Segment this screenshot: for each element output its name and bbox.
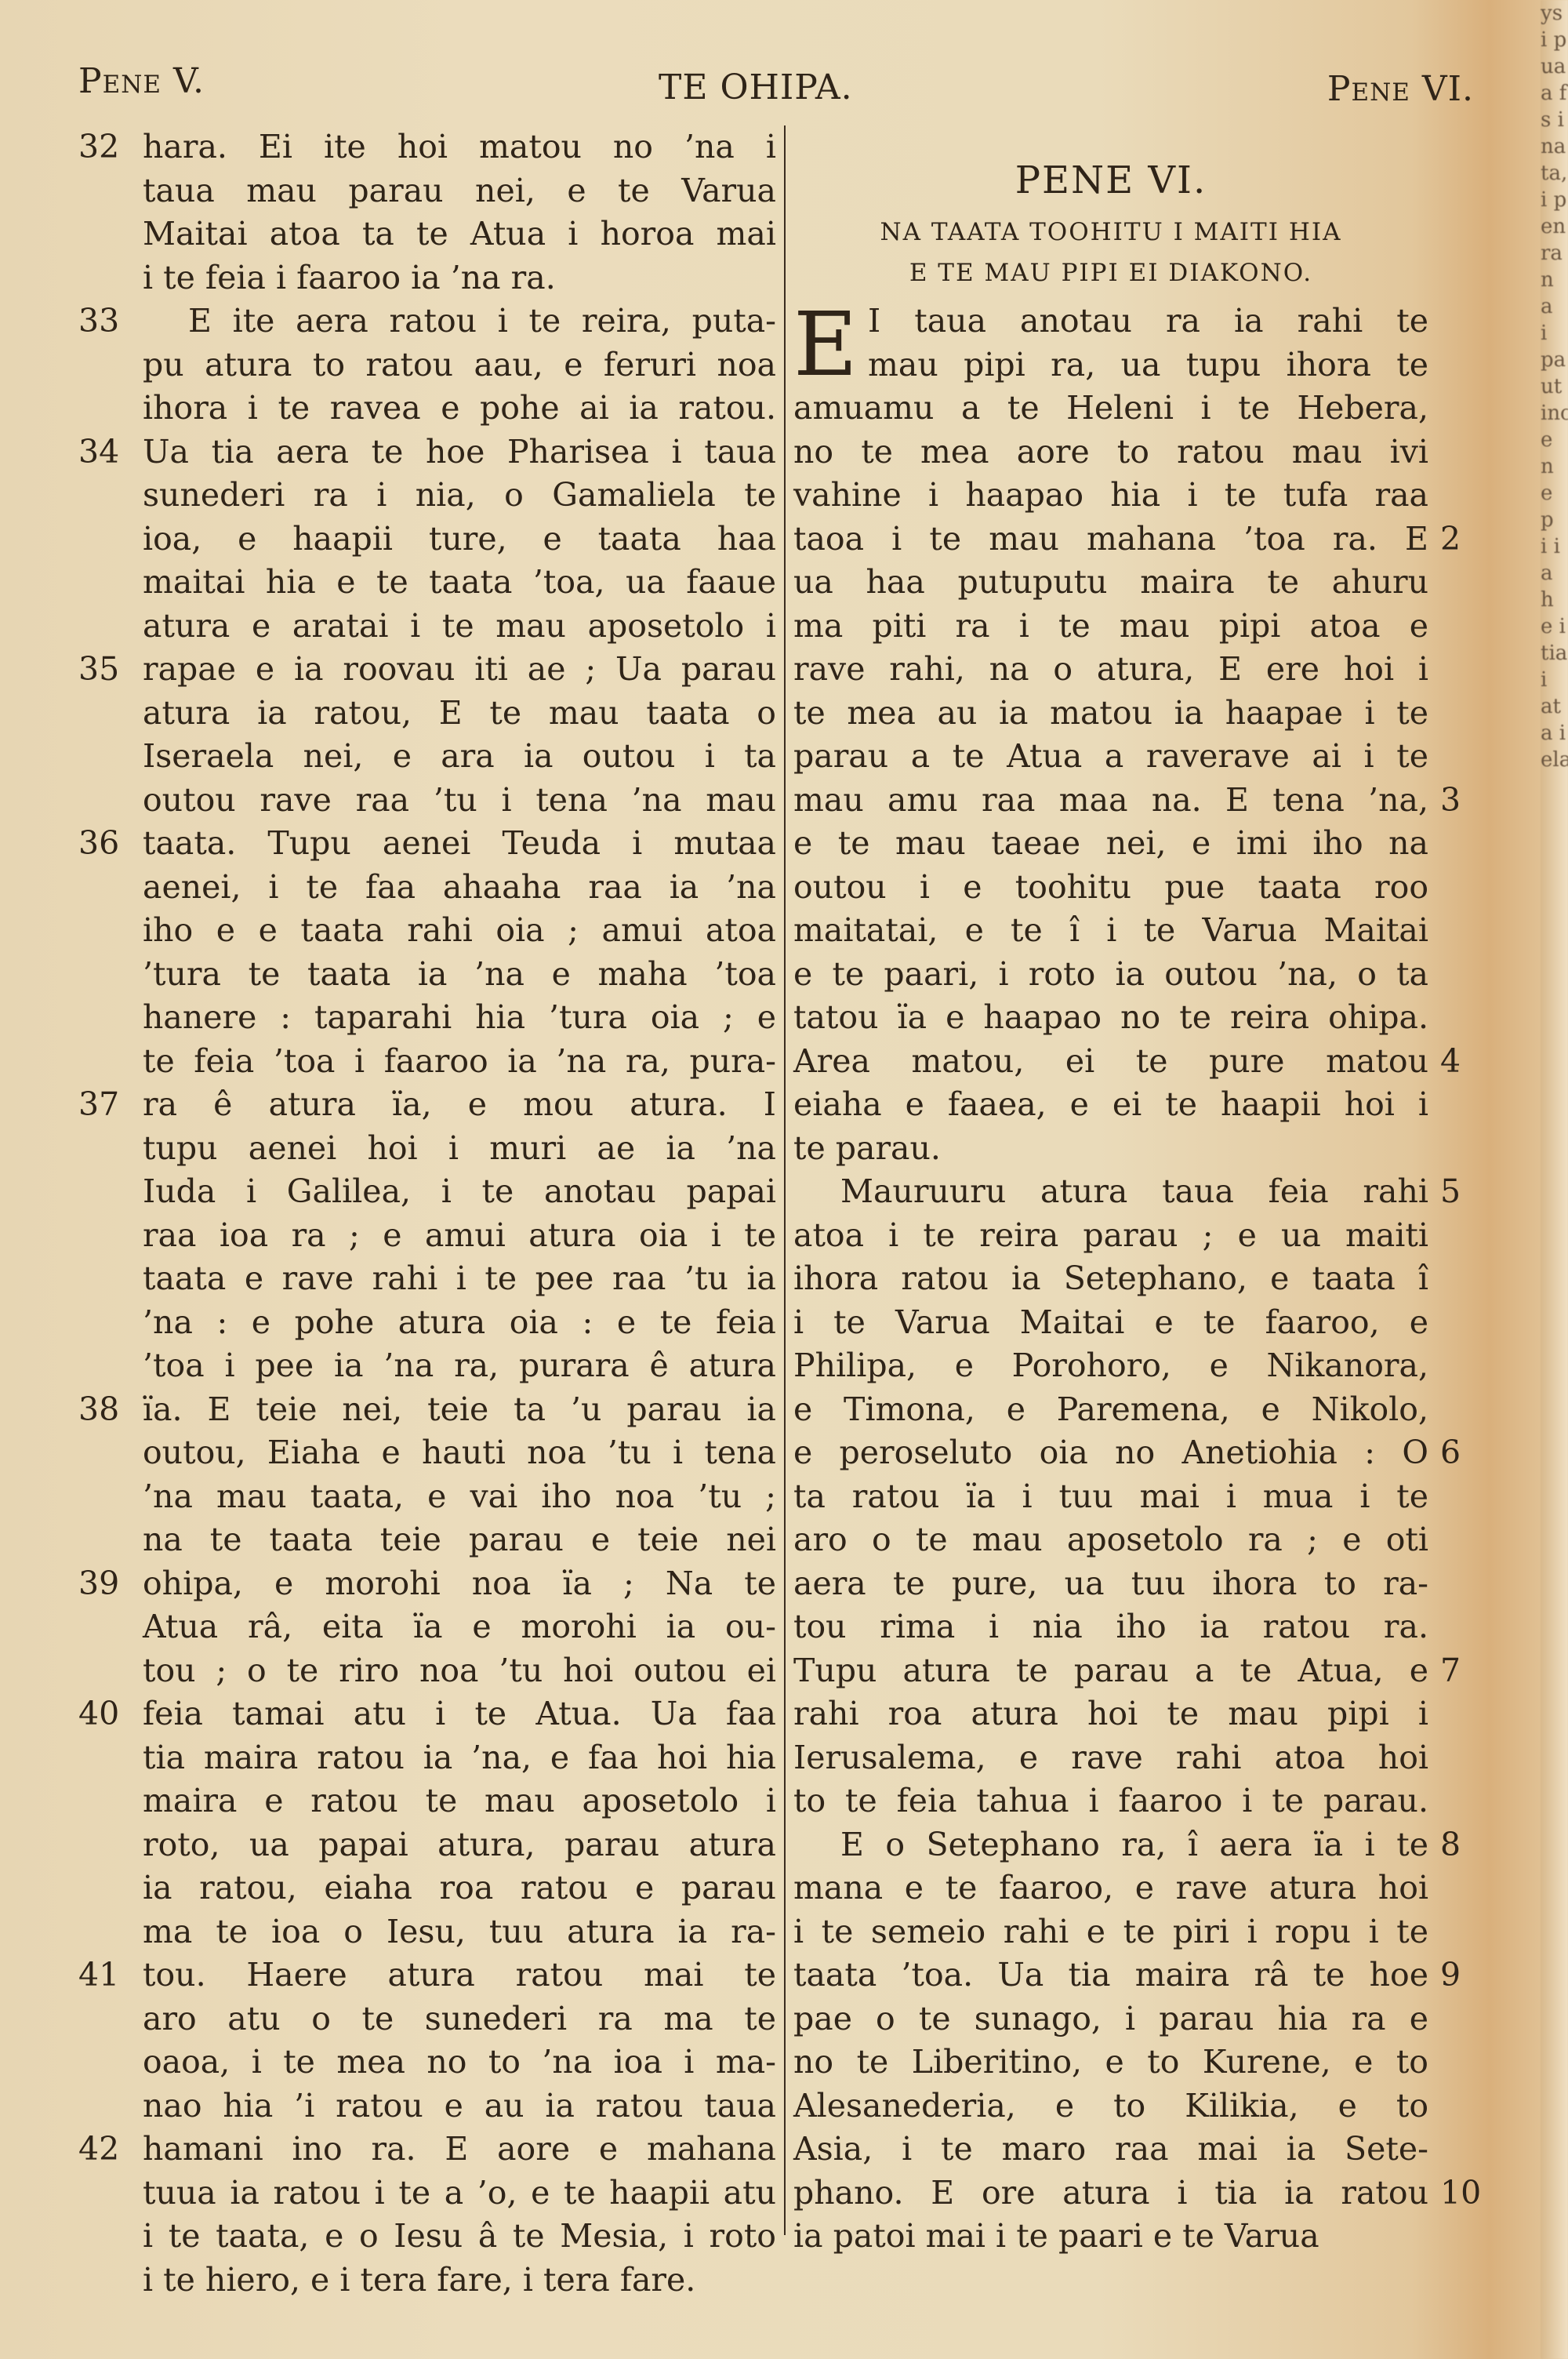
text-line: te feia ’toa i faaroo ia ’na ra, pura- [78,1040,776,1084]
chapter-summary-line-2: E TE MAU PIPI EI DIAKONO. [793,253,1428,293]
text-line: pu atura to ratou aau, e feruri noa [78,343,776,387]
verse-text: rapae e ia roovau iti ae ; Ua parau [143,648,776,692]
verse-text: Iseraela nei, e ara ia outou i ta [143,735,776,779]
verse-number: 33 [78,300,137,343]
verse-text: roto, ua papai atura, parau atura [143,1823,776,1867]
text-line: na te taata teie parau e teie nei [78,1518,776,1562]
column-divider [784,125,786,2235]
verse-text: pae o te sunago, i parau hia ra e [793,1997,1428,2041]
verse-text: ia patoi mai i te paari e te Varua [793,2215,1428,2259]
verse-text: Ierusalema, e rave rahi atoa hoi [793,1736,1428,1780]
verse-number: 10 [1440,2172,1487,2215]
text-line: Atua râ, eita ïa e morohi ia ou- [78,1605,776,1649]
verse-text: no te mea aore to ratou mau ivi [793,431,1428,474]
verse-text: E ite aera ratou i te reira, puta- [188,300,776,343]
verse-text: ioa, e haapii ture, e taata haa [143,518,776,562]
bleed-fragment: n a [1541,267,1568,320]
text-line: taata ’toa. Ua tia maira râ te hoe9 [793,1954,1428,1997]
text-line: hanere : taparahi hia ’tura oia ; e [78,996,776,1040]
text-line: 39ohipa, e morohi noa ïa ; Na te [78,1562,776,1606]
text-line: 38ïa. E teie nei, teie ta ’u parau ia [78,1388,776,1432]
text-line: rave rahi, na o atura, E ere hoi i [793,648,1428,692]
header-book-title: TE OHIPA. [659,67,853,107]
verse-text: aro atu o te sunederi ra ma te [143,1997,776,2041]
verse-text: ia ratou, eiaha roa ratou e parau [143,1866,776,1910]
bleed-fragment: en [1541,213,1568,240]
text-line: I taua anotau ra ia rahi te [793,300,1428,343]
text-line: no te mea aore to ratou mau ivi [793,431,1428,474]
text-line: atura e aratai i te mau aposetolo i [78,605,776,649]
text-line: e te paari, i roto ia outou ’na, o ta [793,953,1428,997]
verse-text: ua haa putuputu maira te ahuru [793,561,1428,605]
verse-text: Iuda i Galilea, i te anotau papai [143,1170,776,1214]
verse-text: eiaha e faaea, e ei te haapii hoi i [793,1083,1428,1127]
text-line: tou rima i nia iho ia ratou ra. [793,1605,1428,1649]
verse-text: Tupu atura te parau a te Atua, e [793,1649,1428,1693]
text-line: Mauruuru atura taua feia rahi5 [793,1170,1428,1214]
running-header: Pene V. TE OHIPA. Pene VI. [78,61,1474,108]
text-line: eiaha e faaea, e ei te haapii hoi i [793,1083,1428,1127]
right-body: E I taua anotau ra ia rahi temau pipi ra… [793,300,1428,2259]
text-line: tia maira ratou ia ’na, e faa hoi hia [78,1736,776,1780]
verse-text: to te feia tahua i faaroo i te parau. [793,1779,1428,1823]
chapter-heading: PENE VI. [793,149,1428,212]
verse-text: aro o te mau aposetolo ra ; e oti [793,1518,1428,1562]
text-line: roto, ua papai atura, parau atura [78,1823,776,1867]
bleed-fragment: i pa [1541,320,1568,373]
chapter-summary-line-1: NA TAATA TOOHITU I MAITI HIA [793,212,1428,253]
verse-text: te parau. [793,1127,1428,1171]
bleed-fragment: ys [1541,0,1568,27]
verse-text: taata. Tupu aenei Teuda i mutaa [143,822,776,866]
right-lines: I taua anotau ra ia rahi temau pipi ra, … [793,300,1428,2259]
verse-text: atura e aratai i te mau aposetolo i [143,605,776,649]
text-line: outou rave raa ’tu i tena ’na mau [78,779,776,823]
text-line: to te feia tahua i faaroo i te parau. [793,1779,1428,1823]
verse-text: e te mau taeae nei, e imi iho na [793,822,1428,866]
verse-text: ïa. E teie nei, teie ta ’u parau ia [143,1388,776,1432]
text-line: amuamu a te Heleni i te Hebera, [793,387,1428,431]
text-line: aenei, i te faa ahaaha raa ia ’na [78,866,776,910]
text-line: outou, Eiaha e hauti noa ’tu i tena [78,1431,776,1475]
verse-text: te feia ’toa i faaroo ia ’na ra, pura- [143,1040,776,1084]
text-line: pae o te sunago, i parau hia ra e [793,1997,1428,2041]
verse-number: 36 [78,822,137,866]
bleed-fragment: i at [1541,667,1568,720]
verse-text: feia tamai atu i te Atua. Ua faa [143,1692,776,1736]
text-line: te mea au ia matou ia haapae i te [793,692,1428,736]
verse-number: 8 [1440,1823,1487,1867]
text-line: e te mau taeae nei, e imi iho na [793,822,1428,866]
text-line: tou ; o te riro noa ’tu hoi outou ei [78,1649,776,1693]
verse-text: ’na : e pohe atura oia : e te feia [143,1301,776,1345]
adjacent-page-edge: ysi puaa fs inata,i penran ai pautinoe n… [1541,0,1568,2359]
verse-number: 4 [1440,1040,1487,1084]
verse-text: outou, Eiaha e hauti noa ’tu i tena [143,1431,776,1475]
verse-text: na te taata teie parau e teie nei [143,1518,776,1562]
text-line: 41tou. Haere atura ratou mai te [78,1954,776,1997]
text-line: e Timona, e Paremena, e Nikolo, [793,1388,1428,1432]
bleed-fragment: ra [1541,240,1568,267]
bleed-fragment: tia [1541,640,1568,667]
bleed-fragment: i i [1541,533,1568,560]
text-line: ’tura te taata ia ’na e maha ’toa [78,953,776,997]
verse-text: ohipa, e morohi noa ïa ; Na te [143,1562,776,1606]
verse-number: 40 [78,1692,137,1736]
bleed-fragment: i p [1541,27,1568,53]
verse-text: Alesanederia, e to Kilikia, e to [793,2085,1428,2128]
text-line: raa ioa ra ; e amui atura oia i te [78,1214,776,1258]
text-line: ’na mau taata, e vai iho noa ’tu ; [78,1475,776,1519]
text-line: aro atu o te sunederi ra ma te [78,1997,776,2041]
text-line: outou i e toohitu pue taata roo [793,866,1428,910]
verse-number: 41 [78,1954,137,1997]
text-line: ta ratou ïa i tuu mai i mua i te [793,1475,1428,1519]
verse-text: Mauruuru atura taua feia rahi [840,1170,1428,1214]
bleed-fragment: a f [1541,80,1568,107]
verse-text: amuamu a te Heleni i te Hebera, [793,387,1428,431]
verse-text: mau pipi ra, ua tupu ihora te [868,343,1428,387]
text-line: i te taata, e o Iesu â te Mesia, i roto [78,2215,776,2259]
text-line: E o Setephano ra, î aera ïa i te8 [793,1823,1428,1867]
verse-number: 34 [78,431,137,474]
verse-text: i te feia i faaroo ia ’na ra. [143,256,776,300]
verse-text: hamani ino ra. E aore e mahana [143,2128,776,2172]
bleed-fragment: e p [1541,480,1568,533]
verse-text: ’na mau taata, e vai iho noa ’tu ; [143,1475,776,1519]
verse-text: rahi roa atura hoi te mau pipi i [793,1692,1428,1736]
verse-text: e peroseluto oia no Anetiohia : O [793,1431,1428,1475]
verse-number: 5 [1440,1170,1487,1214]
verse-text: tou. Haere atura ratou mai te [143,1954,776,1997]
verse-text: raa ioa ra ; e amui atura oia i te [143,1214,776,1258]
verse-text: taua mau parau nei, e te Varua [143,169,776,213]
text-line: Ierusalema, e rave rahi atoa hoi [793,1736,1428,1780]
verse-number: 6 [1440,1431,1487,1475]
text-line: tatou ïa e haapao no te reira ohipa. [793,996,1428,1040]
verse-number: 39 [78,1562,137,1606]
verse-number: 2 [1440,518,1487,562]
verse-text: maitai hia e te taata ’toa, ua faaue [143,561,776,605]
verse-text: i te semeio rahi e te piri i ropu i te [793,1910,1428,1954]
text-line: phano. E ore atura i tia ia ratou10 [793,2172,1428,2215]
verse-number: 35 [78,648,137,692]
right-column-text: PENE VI. NA TAATA TOOHITU I MAITI HIA E … [793,125,1428,2259]
verse-text: ta ratou ïa i tuu mai i mua i te [793,1475,1428,1519]
verse-number: 37 [78,1083,137,1127]
text-line: ua haa putuputu maira te ahuru [793,561,1428,605]
text-line: te parau. [793,1127,1428,1171]
left-column-text: 32hara. Ei ite hoi matou no ’na itaua ma… [78,125,776,2302]
verse-text: i te hiero, e i tera fare, i tera fare. [143,2259,776,2303]
text-line: aera te pure, ua tuu ihora to ra- [793,1562,1428,1606]
bleed-fragment: a h [1541,560,1568,613]
text-line: ma te ioa o Iesu, tuu atura ia ra- [78,1910,776,1954]
text-line: ’toa i pee ia ’na ra, purara ê atura [78,1344,776,1388]
verse-text: Ua tia aera te hoe Pharisea i taua [143,431,776,474]
text-line: Alesanederia, e to Kilikia, e to [793,2085,1428,2128]
verse-number: 3 [1440,779,1487,823]
verse-text: taata e rave rahi i te pee raa ’tu ia [143,1257,776,1301]
text-line: nao hia ’i ratou e au ia ratou taua [78,2085,776,2128]
text-line: 34Ua tia aera te hoe Pharisea i taua [78,431,776,474]
bleed-fragment: s i [1541,107,1568,133]
verse-text: ihora i te ravea e pohe ai ia ratou. [143,387,776,431]
text-line: atura ia ratou, E te mau taata o [78,692,776,736]
text-line: 35rapae e ia roovau iti ae ; Ua parau [78,648,776,692]
verse-text: ihora ratou ia Setephano, e taata î [793,1257,1428,1301]
header-chapter-right: Pene VI. [1327,69,1474,109]
verse-text: rave rahi, na o atura, E ere hoi i [793,648,1428,692]
text-line: ma piti ra i te mau pipi atoa e [793,605,1428,649]
header-chapter-left: Pene V. [78,61,205,101]
text-line: Iseraela nei, e ara ia outou i ta [78,735,776,779]
verse-text: e Timona, e Paremena, e Nikolo, [793,1388,1428,1432]
text-line: parau a te Atua a raverave ai i te [793,735,1428,779]
text-line: 42hamani ino ra. E aore e mahana [78,2128,776,2172]
text-line: 32hara. Ei ite hoi matou no ’na i [78,125,776,169]
verse-text: ra ê atura ïa, e mou atura. I [143,1083,776,1127]
text-line: mana e te faaroo, e rave atura hoi [793,1866,1428,1910]
verse-text: oaoa, i te mea no to ’na ioa i ma- [143,2041,776,2085]
verse-number: 38 [78,1388,137,1432]
text-line: oaoa, i te mea no to ’na ioa i ma- [78,2041,776,2085]
verse-text: tou rima i nia iho ia ratou ra. [793,1605,1428,1649]
text-line: 36taata. Tupu aenei Teuda i mutaa [78,822,776,866]
verse-text: atura ia ratou, E te mau taata o [143,692,776,736]
text-line: tuua ia ratou i te a ’o, e te haapii atu [78,2172,776,2215]
verse-text: e te paari, i roto ia outou ’na, o ta [793,953,1428,997]
verse-text: mau amu raa maa na. E tena ’na, [793,779,1428,823]
verse-text: outou i e toohitu pue taata roo [793,866,1428,910]
verse-text: ’tura te taata ia ’na e maha ’toa [143,953,776,997]
verse-text: aenei, i te faa ahaaha raa ia ’na [143,866,776,910]
verse-text: tou ; o te riro noa ’tu hoi outou ei [143,1649,776,1693]
bleed-fragment: a i [1541,720,1568,747]
verse-text: mana e te faaroo, e rave atura hoi [793,1866,1428,1910]
text-line: 37ra ê atura ïa, e mou atura. I [78,1083,776,1127]
verse-text: tuua ia ratou i te a ’o, e te haapii atu [143,2172,776,2215]
text-line: Tupu atura te parau a te Atua, e7 [793,1649,1428,1693]
verse-text: Asia, i te maro raa mai ia Sete- [793,2128,1428,2172]
text-line: mau amu raa maa na. E tena ’na,3 [793,779,1428,823]
verse-text: taata ’toa. Ua tia maira râ te hoe [793,1954,1428,1997]
verse-text: i te Varua Maitai e te faaroo, e [793,1301,1428,1345]
text-line: Area matou, ei te pure matou4 [793,1040,1428,1084]
text-line: taoa i te mau mahana ’toa ra. E2 [793,518,1428,562]
text-line: tupu aenei hoi i muri ae ia ’na [78,1127,776,1171]
verse-text: ’toa i pee ia ’na ra, purara ê atura [143,1344,776,1388]
text-line: rahi roa atura hoi te mau pipi i [793,1692,1428,1736]
verse-text: vahine i haapao hia i te tufa raa [793,474,1428,518]
text-line: maitatai, e te î i te Varua Maitai [793,909,1428,953]
verse-text: Philipa, e Porohoro, e Nikanora, [793,1344,1428,1388]
bleed-fragment: i p [1541,187,1568,213]
verse-text: maitatai, e te î i te Varua Maitai [793,909,1428,953]
verse-text: taoa i te mau mahana ’toa ra. E [793,518,1428,562]
verse-number: 9 [1440,1954,1487,1997]
text-line: i te semeio rahi e te piri i ropu i te [793,1910,1428,1954]
bleed-fragment: ela [1541,747,1568,773]
text-line: aro o te mau aposetolo ra ; e oti [793,1518,1428,1562]
verse-text: nao hia ’i ratou e au ia ratou taua [143,2085,776,2128]
verse-text: hara. Ei ite hoi matou no ’na i [143,125,776,169]
text-line: e peroseluto oia no Anetiohia : O6 [793,1431,1428,1475]
verse-text: ma piti ra i te mau pipi atoa e [793,605,1428,649]
bleed-fragment: ua [1541,53,1568,80]
text-line: atoa i te reira parau ; e ua maiti [793,1214,1428,1258]
verse-text: iho e e taata rahi oia ; amui atoa [143,909,776,953]
verse-text: no te Liberitino, e to Kurene, e to [793,2041,1428,2085]
verse-text: tatou ïa e haapao no te reira ohipa. [793,996,1428,1040]
verse-text: i te taata, e o Iesu â te Mesia, i roto [143,2215,776,2259]
verse-text: aera te pure, ua tuu ihora to ra- [793,1562,1428,1606]
text-line: i te feia i faaroo ia ’na ra. [78,256,776,300]
verse-text: phano. E ore atura i tia ia ratou [793,2172,1428,2215]
bleed-fragment: ino [1541,400,1568,427]
text-line: maira e ratou te mau aposetolo i [78,1779,776,1823]
bleed-fragment: e i [1541,613,1568,640]
bleed-fragment: ut [1541,373,1568,400]
verse-text: outou rave raa ’tu i tena ’na mau [143,779,776,823]
bleed-fragment: e n [1541,427,1568,480]
text-line: Asia, i te maro raa mai ia Sete- [793,2128,1428,2172]
verse-text: atoa i te reira parau ; e ua maiti [793,1214,1428,1258]
text-line: i te Varua Maitai e te faaroo, e [793,1301,1428,1345]
verse-text: te mea au ia matou ia haapae i te [793,692,1428,736]
text-line: no te Liberitino, e to Kurene, e to [793,2041,1428,2085]
text-line: ioa, e haapii ture, e taata haa [78,518,776,562]
verse-number: 7 [1440,1649,1487,1693]
verse-text: ma te ioa o Iesu, tuu atura ia ra- [143,1910,776,1954]
text-line: 33E ite aera ratou i te reira, puta- [78,300,776,343]
verse-text: Area matou, ei te pure matou [793,1040,1428,1084]
text-line: maitai hia e te taata ’toa, ua faaue [78,561,776,605]
text-line: taata e rave rahi i te pee raa ’tu ia [78,1257,776,1301]
text-line: Maitai atoa ta te Atua i horoa mai [78,213,776,256]
verse-number: 42 [78,2128,137,2172]
verse-text: E o Setephano ra, î aera ïa i te [840,1823,1428,1867]
text-line: Philipa, e Porohoro, e Nikanora, [793,1344,1428,1388]
text-line: vahine i haapao hia i te tufa raa [793,474,1428,518]
verse-text: sunederi ra i nia, o Gamaliela te [143,474,776,518]
text-line: ihora i te ravea e pohe ai ia ratou. [78,387,776,431]
text-line: Iuda i Galilea, i te anotau papai [78,1170,776,1214]
text-line: taua mau parau nei, e te Varua [78,169,776,213]
bleed-fragment: na [1541,133,1568,160]
text-line: ia ratou, eiaha roa ratou e parau [78,1866,776,1910]
text-line: ihora ratou ia Setephano, e taata î [793,1257,1428,1301]
verse-text: Atua râ, eita ïa e morohi ia ou- [143,1605,776,1649]
verse-text: maira e ratou te mau aposetolo i [143,1779,776,1823]
text-line: sunederi ra i nia, o Gamaliela te [78,474,776,518]
verse-text: Maitai atoa ta te Atua i horoa mai [143,213,776,256]
text-line: 40feia tamai atu i te Atua. Ua faa [78,1692,776,1736]
text-line: iho e e taata rahi oia ; amui atoa [78,909,776,953]
text-line: mau pipi ra, ua tupu ihora te [793,343,1428,387]
text-line: ’na : e pohe atura oia : e te feia [78,1301,776,1345]
verse-text: tupu aenei hoi i muri ae ia ’na [143,1127,776,1171]
text-line: ia patoi mai i te paari e te Varua [793,2215,1428,2259]
verse-text: I taua anotau ra ia rahi te [868,300,1428,343]
verse-number: 32 [78,125,137,169]
verse-text: parau a te Atua a raverave ai i te [793,735,1428,779]
text-line: i te hiero, e i tera fare, i tera fare. [78,2259,776,2303]
bleed-fragment: ta, [1541,160,1568,187]
verse-text: tia maira ratou ia ’na, e faa hoi hia [143,1736,776,1780]
verse-text: hanere : taparahi hia ’tura oia ; e [143,996,776,1040]
verse-text: pu atura to ratou aau, e feruri noa [143,343,776,387]
